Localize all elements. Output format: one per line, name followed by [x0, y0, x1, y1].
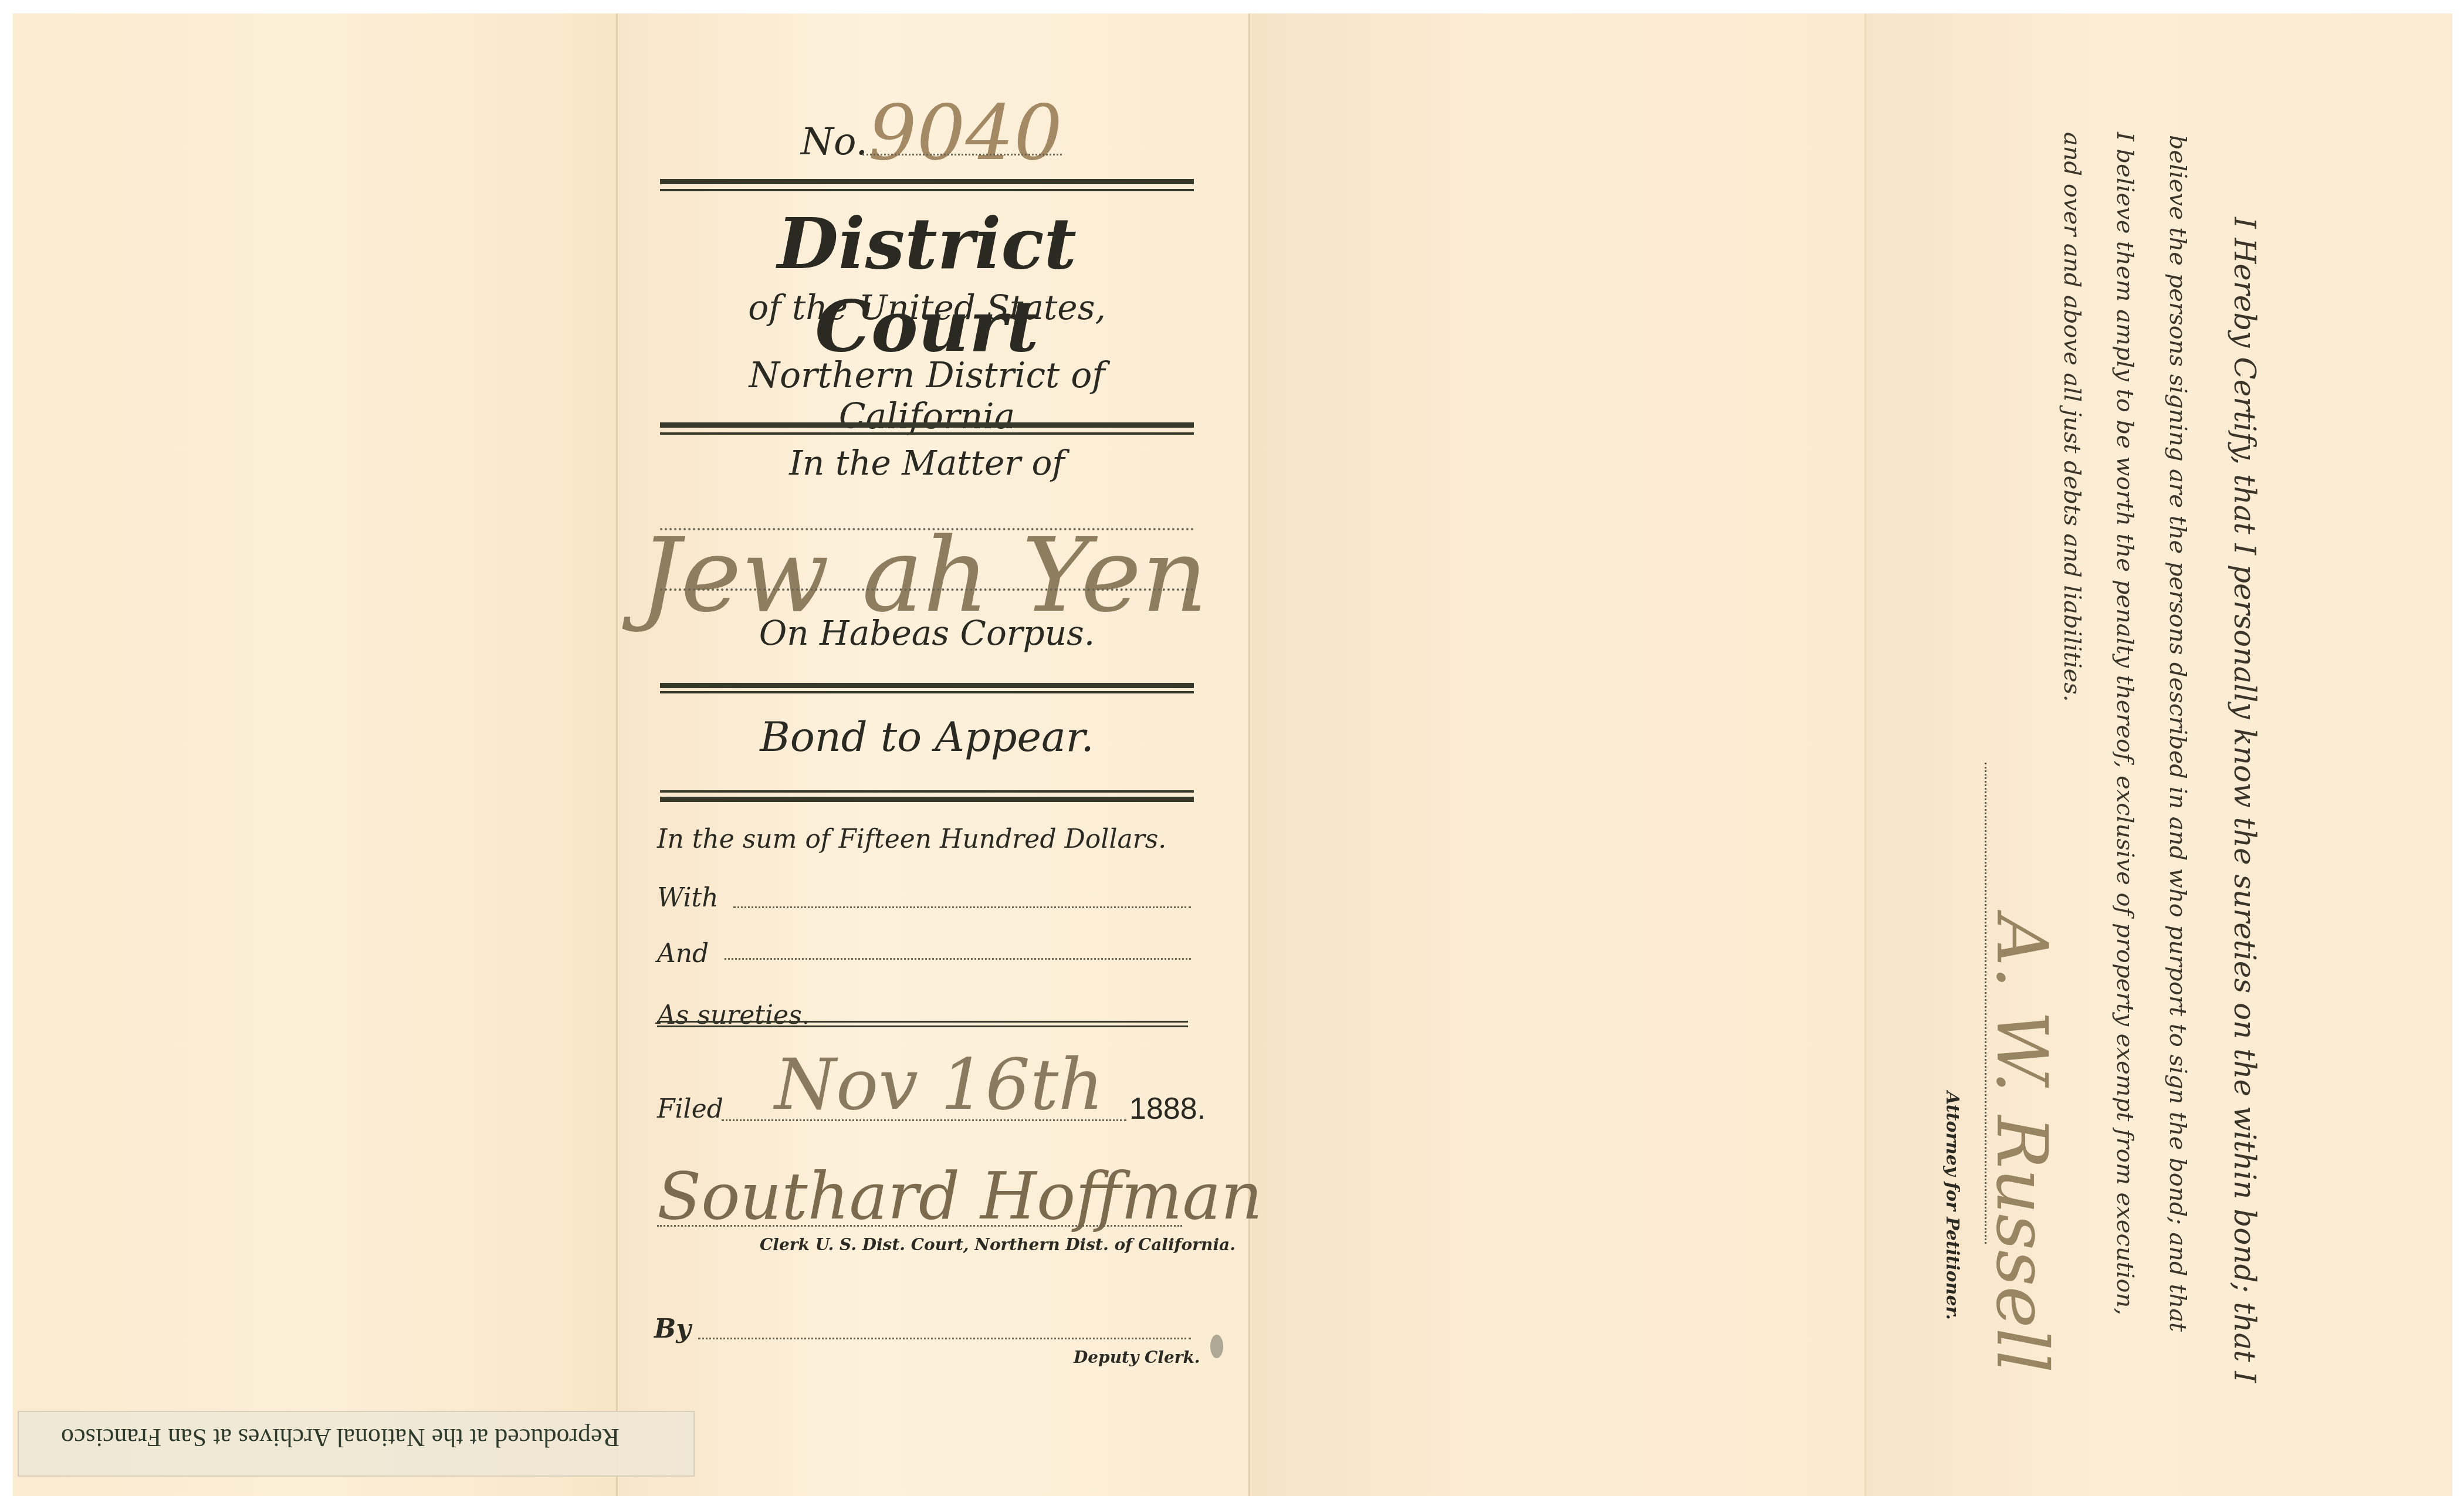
archive-stamp-text: Reproduced at the National Archives at S… — [47, 1423, 634, 1453]
single-rule — [657, 1025, 1188, 1027]
filed-label: Filed — [657, 1094, 723, 1124]
attorney-label: Attorney for Petitioner. — [1942, 1091, 1962, 1320]
case-number-label: No. — [801, 120, 868, 164]
double-rule — [660, 797, 1194, 802]
clerk-signature: Southard Hoffman — [657, 1159, 1263, 1234]
certification-line-2: believe the persons signing are the pers… — [2164, 135, 2191, 1332]
proceeding: On Habeas Corpus. — [660, 613, 1194, 653]
double-rule — [660, 790, 1194, 793]
clerk-signature-line — [657, 1225, 1182, 1227]
certification-line-3: I believe them amply to be worth the pen… — [2111, 132, 2138, 1315]
fold-line — [616, 13, 618, 1496]
petitioner-line-2 — [660, 588, 1194, 591]
by-label: By — [654, 1314, 691, 1344]
case-number-line — [862, 154, 1062, 155]
fold-line — [1864, 13, 1866, 1496]
filed-year: 1888. — [1129, 1091, 1206, 1126]
court-subtitle-1: of the United States, — [660, 287, 1194, 327]
with-label: With — [657, 883, 719, 913]
deputy-clerk-field[interactable] — [698, 1338, 1191, 1339]
left-panel — [13, 13, 617, 1496]
double-rule — [660, 179, 1194, 184]
certification-line-1: I Hereby Certify, that I personally know… — [2228, 217, 2262, 1383]
court-title: District Court — [660, 202, 1194, 368]
bond-title: Bond to Appear. — [660, 713, 1194, 761]
ink-smudge — [1210, 1335, 1223, 1358]
double-rule — [660, 432, 1194, 435]
document-sheet — [13, 13, 2452, 1496]
double-rule — [660, 691, 1194, 693]
with-surety-field[interactable] — [733, 906, 1191, 908]
fold-line — [1248, 13, 1250, 1496]
case-number-value: 9040 — [868, 88, 1062, 177]
and-label: And — [657, 939, 709, 969]
certification-line-4: and over and above all just debts and li… — [2059, 132, 2086, 702]
attorney-signature: A. W. Russell — [1981, 915, 2062, 1373]
double-rule — [660, 683, 1194, 688]
filed-date-handwritten: Nov 16th — [774, 1044, 1104, 1126]
double-rule — [660, 422, 1194, 428]
and-surety-field[interactable] — [725, 958, 1191, 960]
single-rule — [657, 1021, 1188, 1023]
blank-panel — [1250, 13, 1866, 1496]
double-rule — [660, 189, 1194, 191]
deputy-clerk-label: Deputy Clerk. — [1074, 1348, 1200, 1367]
bond-sum: In the sum of Fifteen Hundred Dollars. — [657, 824, 1166, 854]
clerk-title: Clerk U. S. Dist. Court, Northern Dist. … — [760, 1235, 1236, 1254]
matter-label: In the Matter of — [660, 443, 1194, 483]
